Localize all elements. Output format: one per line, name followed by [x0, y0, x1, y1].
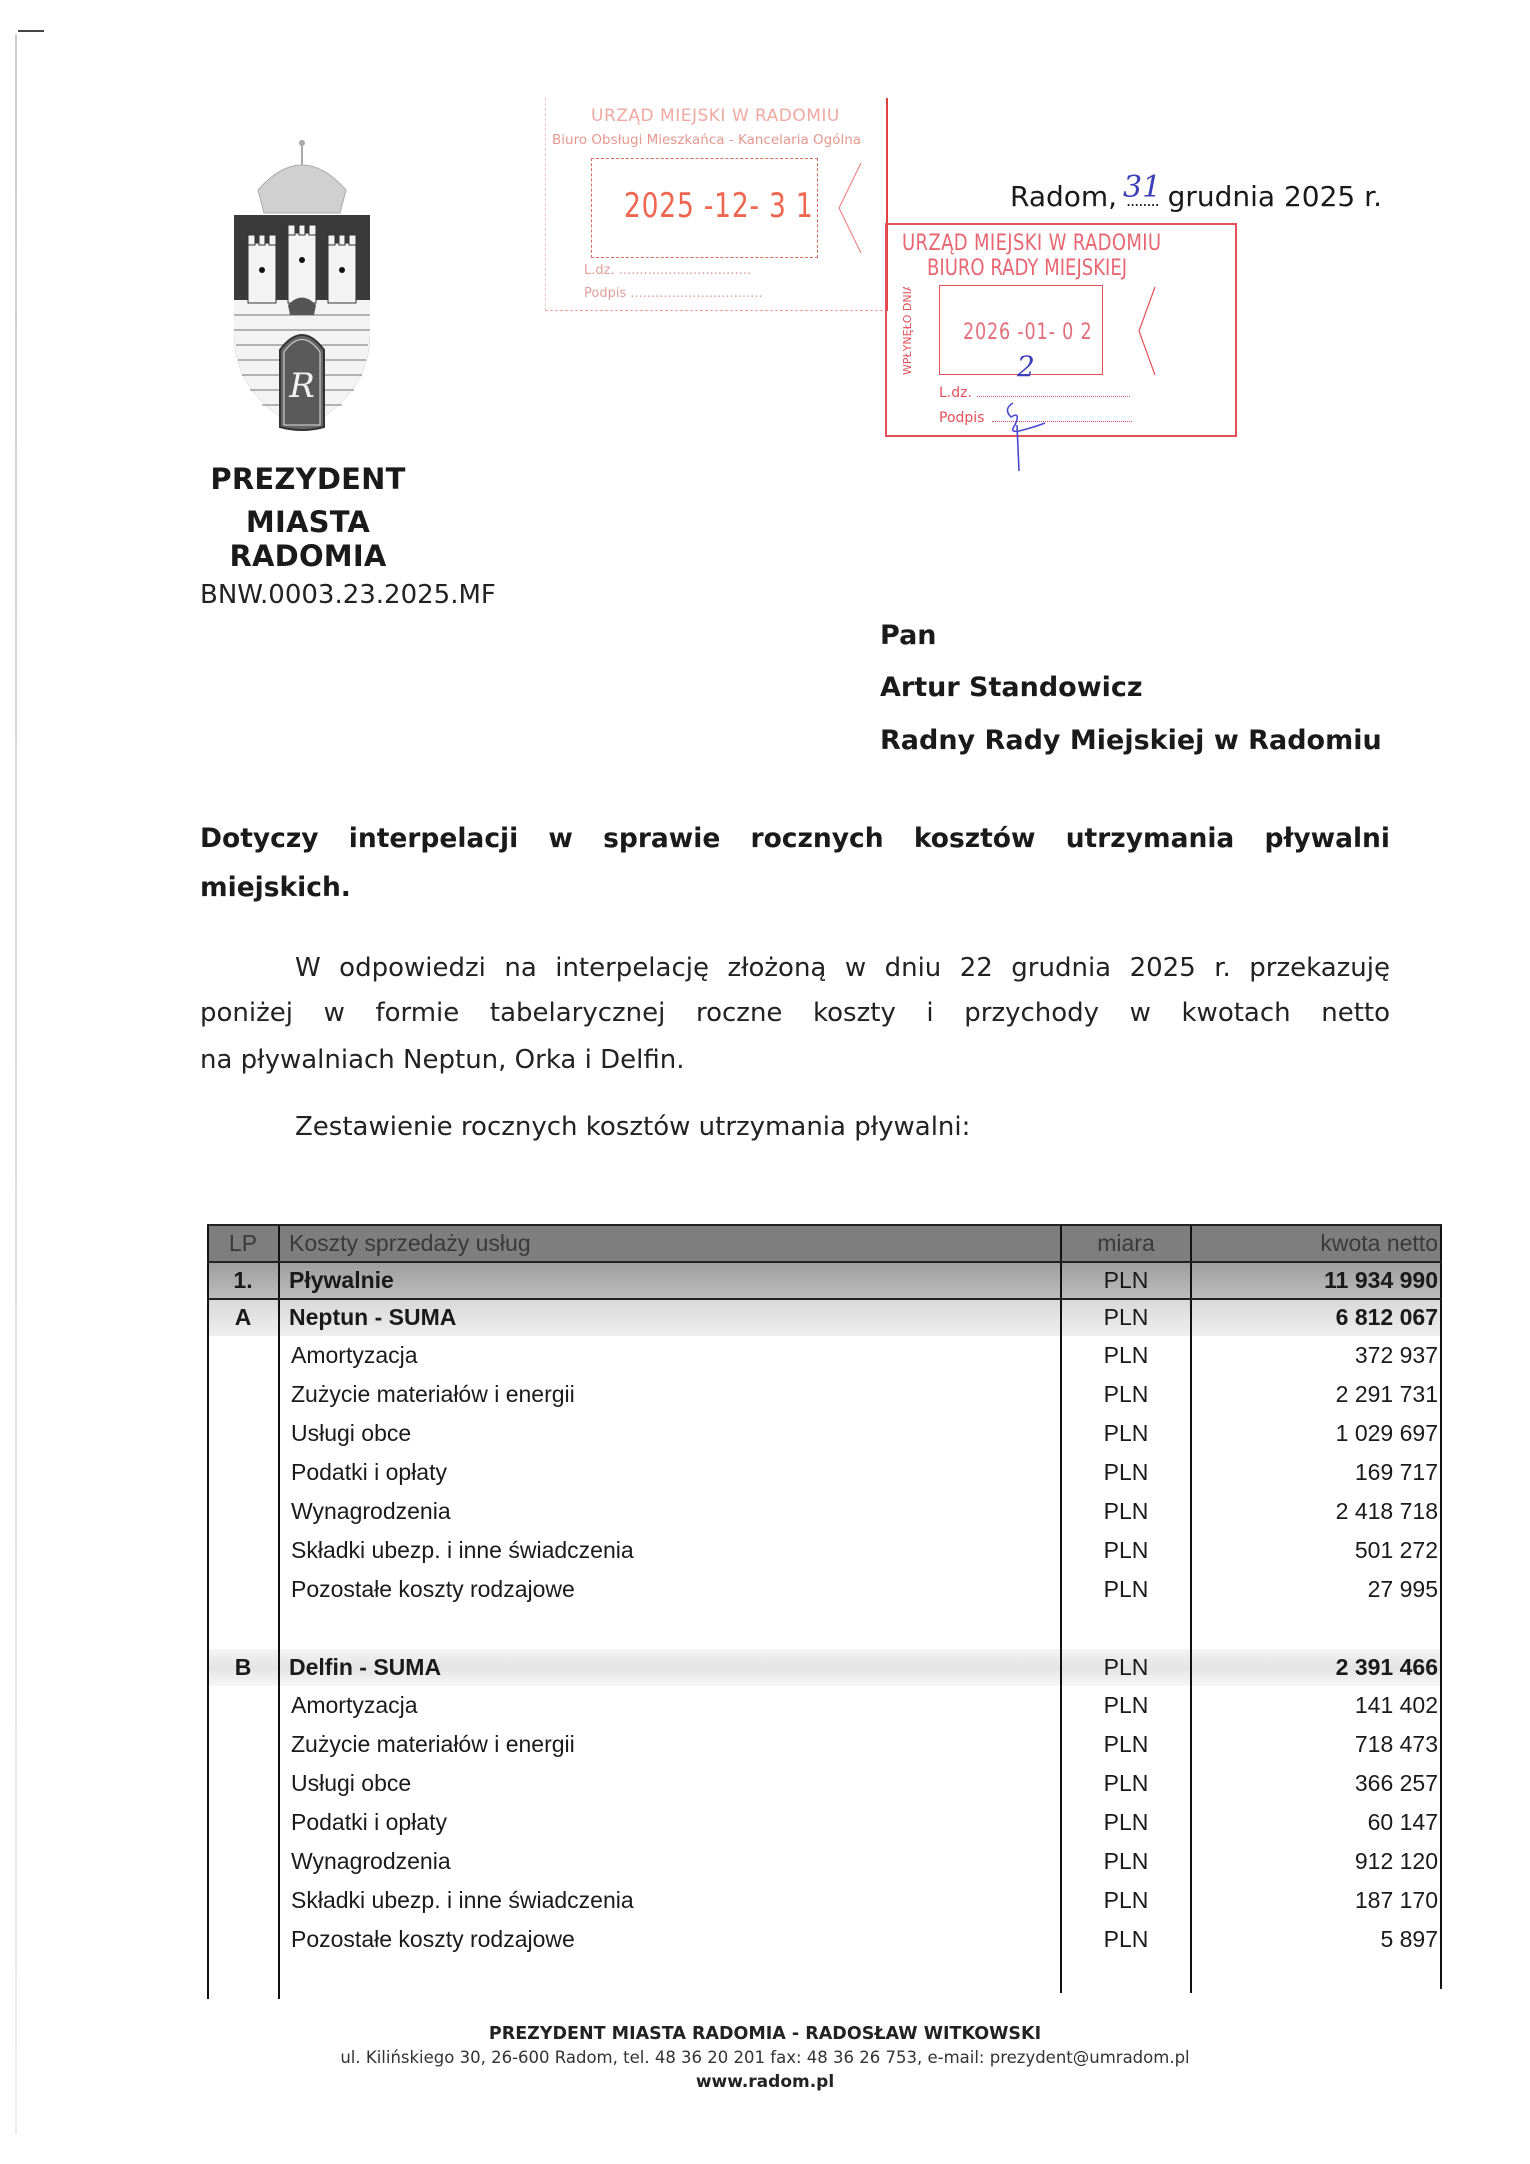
stamp2-podpis-label: Podpis [939, 410, 984, 426]
cell-amount: 6 812 067 [1191, 1299, 1442, 1336]
cell-amount: 912 120 [1191, 1842, 1442, 1881]
body-para2: Zestawienie rocznych kosztów utrzymania … [295, 1112, 970, 1142]
cell-unit: PLN [1061, 1262, 1191, 1299]
cell-description: Podatki i opłaty [279, 1453, 1061, 1492]
handwritten-ldz: 2 [1017, 350, 1035, 383]
cell-description: Delfin - SUMA [279, 1649, 1061, 1686]
cell-description: Zużycie materiałów i energii [279, 1375, 1061, 1414]
svg-text:R: R [288, 366, 315, 406]
footer-signature-line: PREZYDENT MIASTA RADOMIA - RADOSŁAW WITK… [0, 2024, 1530, 2044]
footer-website: www.radom.pl [0, 2072, 1530, 2092]
cell-amount: 718 473 [1191, 1725, 1442, 1764]
cell-amount: 2 291 731 [1191, 1375, 1442, 1414]
handwritten-day: 31 [1123, 170, 1161, 205]
place-and-date: Radom, ........ grudnia 2025 r. [1010, 180, 1382, 213]
stamp-date: 2025 -12- 3 1 [624, 186, 814, 226]
cell-description: Pływalnie [279, 1262, 1061, 1299]
stamp2-ldz-label: L.dz. [939, 385, 972, 401]
cell-amount: 187 170 [1191, 1881, 1442, 1920]
stamp-ldz-label: L.dz. ................................ [584, 263, 751, 278]
table-row-group-sum: ANeptun - SUMAPLN6 812 067 [207, 1299, 1442, 1336]
sender-org-line1: PREZYDENT [178, 462, 438, 496]
subject-line1: Dotyczy interpelacji w sprawie rocznych … [200, 823, 1390, 854]
cell-description: Podatki i opłaty [279, 1803, 1061, 1842]
table-column-divider [1190, 1224, 1192, 1993]
table-row: Składki ubezp. i inne świadczeniaPLN501 … [207, 1531, 1442, 1570]
table-header-row: LPKoszty sprzedaży usługmiarakwota netto [207, 1224, 1442, 1262]
cell-lp [207, 1414, 279, 1453]
cell-amount: 1 029 697 [1191, 1414, 1442, 1453]
subject-line2: miejskich. [200, 872, 351, 903]
addressee-salutation: Pan [880, 620, 937, 651]
cell-description: Wynagrodzenia [279, 1492, 1061, 1531]
cell-lp [207, 1492, 279, 1531]
cell-unit: PLN [1061, 1299, 1191, 1336]
cell-unit: miara [1061, 1224, 1191, 1262]
cell-unit: PLN [1061, 1920, 1191, 1959]
cell-lp: LP [207, 1224, 279, 1262]
sender-org-line2: MIASTA RADOMIA [178, 505, 438, 573]
cell-unit: PLN [1061, 1453, 1191, 1492]
cell-amount: 11 934 990 [1191, 1262, 1442, 1299]
stamp2-line2: BIURO RADY MIEJSKIEJ [927, 256, 1127, 281]
stamp-council-office: URZĄD MIEJSKI W RADOMIU BIURO RADY MIEJS… [885, 223, 1237, 437]
stamp-arrow-icon [836, 158, 866, 258]
cell-lp: 1. [207, 1262, 279, 1299]
cell-amount: 372 937 [1191, 1336, 1442, 1375]
cell-description: Neptun - SUMA [279, 1299, 1061, 1336]
cell-unit: PLN [1061, 1881, 1191, 1920]
table-row: Pozostałe koszty rodzajowePLN5 897 [207, 1920, 1442, 1959]
addressee-title: Radny Rady Miejskiej w Radomiu [880, 725, 1382, 756]
stamp2-date: 2026 -01- 0 2 [963, 320, 1092, 345]
cell-amount: 27 995 [1191, 1570, 1442, 1609]
cell-lp [207, 1803, 279, 1842]
city-coat-of-arms-icon: R [228, 135, 376, 435]
cell-unit: PLN [1061, 1375, 1191, 1414]
cell-lp [207, 1336, 279, 1375]
stamp-podpis-label: Podpis ................................ [584, 286, 763, 301]
footer-address: ul. Kilińskiego 30, 26-600 Radom, tel. 4… [0, 2048, 1530, 2067]
cell-description: Zużycie materiałów i energii [279, 1725, 1061, 1764]
cell-amount: 141 402 [1191, 1686, 1442, 1725]
table-row: Składki ubezp. i inne świadczeniaPLN187 … [207, 1881, 1442, 1920]
cell-lp [207, 1453, 279, 1492]
cell-amount: 366 257 [1191, 1764, 1442, 1803]
table-column-divider [1440, 1224, 1442, 1989]
table-row-group-sum: BDelfin - SUMAPLN2 391 466 [207, 1649, 1442, 1686]
table-column-divider [207, 1224, 209, 1999]
cell-unit: PLN [1061, 1336, 1191, 1375]
cell-description: Składki ubezp. i inne świadczenia [279, 1531, 1061, 1570]
body-para1-line1: W odpowiedzi na interpelację złożoną w d… [295, 955, 1390, 981]
stamp-line1: URZĄD MIEJSKI W RADOMIU [591, 106, 840, 126]
cell-lp [207, 1920, 279, 1959]
scan-edge [15, 34, 17, 2134]
reference-number: BNW.0003.23.2025.MF [200, 580, 496, 610]
cell-amount: 169 717 [1191, 1453, 1442, 1492]
table-row: Zużycie materiałów i energiiPLN718 473 [207, 1725, 1442, 1764]
table-row-divider [207, 1224, 1442, 1226]
table-row: AmortyzacjaPLN141 402 [207, 1686, 1442, 1725]
table-row: WynagrodzeniaPLN2 418 718 [207, 1492, 1442, 1531]
cell-lp [207, 1531, 279, 1570]
cell-amount: 2 418 718 [1191, 1492, 1442, 1531]
cell-lp [207, 1375, 279, 1414]
stamp-incoming-office: URZĄD MIEJSKI W RADOMIU Biuro Obsługi Mi… [545, 98, 888, 311]
table-row: Zużycie materiałów i energiiPLN2 291 731 [207, 1375, 1442, 1414]
cell-unit: PLN [1061, 1842, 1191, 1881]
cell-unit: PLN [1061, 1492, 1191, 1531]
cell-unit: PLN [1061, 1531, 1191, 1570]
table-row: WynagrodzeniaPLN912 120 [207, 1842, 1442, 1881]
stamp2-line1: URZĄD MIEJSKI W RADOMIU [902, 231, 1161, 256]
table-row: Pozostałe koszty rodzajowePLN27 995 [207, 1570, 1442, 1609]
cell-lp [207, 1881, 279, 1920]
cell-lp [207, 1686, 279, 1725]
handwritten-signature-icon [995, 395, 1055, 475]
cell-description: Pozostałe koszty rodzajowe [279, 1920, 1061, 1959]
cell-lp [207, 1725, 279, 1764]
table-row-total: 1.PływalniePLN11 934 990 [207, 1262, 1442, 1299]
cell-description: Pozostałe koszty rodzajowe [279, 1570, 1061, 1609]
cell-unit: PLN [1061, 1725, 1191, 1764]
cell-amount: 501 272 [1191, 1531, 1442, 1570]
body-para1-line3: na pływalniach Neptun, Orka i Delfin. [200, 1045, 684, 1075]
cell-unit: PLN [1061, 1414, 1191, 1453]
cell-lp: B [207, 1649, 279, 1686]
cell-lp: A [207, 1299, 279, 1336]
cell-description: Wynagrodzenia [279, 1842, 1061, 1881]
body-para1-line2: poniżej w formie tabelarycznej roczne ko… [200, 1000, 1390, 1026]
cell-lp [207, 1764, 279, 1803]
cell-unit: PLN [1061, 1686, 1191, 1725]
cell-amount: 5 897 [1191, 1920, 1442, 1959]
table-row: Podatki i opłatyPLN169 717 [207, 1453, 1442, 1492]
stamp-line2: Biuro Obsługi Mieszkańca - Kancelaria Og… [552, 132, 861, 148]
addressee-name: Artur Standowicz [880, 672, 1143, 703]
table-row-divider [207, 1261, 1442, 1263]
table-row: Usługi obcePLN1 029 697 [207, 1414, 1442, 1453]
cell-description: Koszty sprzedaży usług [279, 1224, 1061, 1262]
cell-description: Amortyzacja [279, 1336, 1061, 1375]
table-row: Usługi obcePLN366 257 [207, 1764, 1442, 1803]
cell-amount: kwota netto [1191, 1224, 1442, 1262]
cell-lp [207, 1842, 279, 1881]
svg-text:WPŁYNĘŁO DNIA:: WPŁYNĘŁO DNIA: [901, 287, 914, 375]
table-row: AmortyzacjaPLN372 937 [207, 1336, 1442, 1375]
table-column-divider [278, 1224, 280, 1999]
stamp2-arrow-icon [1137, 285, 1157, 377]
cell-description: Usługi obce [279, 1414, 1061, 1453]
table-spacer-row [207, 1609, 1442, 1649]
cell-amount: 60 147 [1191, 1803, 1442, 1842]
table-row-divider [207, 1298, 1442, 1300]
cell-unit: PLN [1061, 1803, 1191, 1842]
cell-description: Składki ubezp. i inne świadczenia [279, 1881, 1061, 1920]
cell-lp [207, 1570, 279, 1609]
cell-unit: PLN [1061, 1649, 1191, 1686]
cell-unit: PLN [1061, 1570, 1191, 1609]
table-row: Podatki i opłatyPLN60 147 [207, 1803, 1442, 1842]
cell-unit: PLN [1061, 1764, 1191, 1803]
cell-amount: 2 391 466 [1191, 1649, 1442, 1686]
cell-description: Amortyzacja [279, 1686, 1061, 1725]
table-column-divider [1060, 1224, 1062, 1993]
cell-description: Usługi obce [279, 1764, 1061, 1803]
scan-mark [18, 30, 44, 32]
